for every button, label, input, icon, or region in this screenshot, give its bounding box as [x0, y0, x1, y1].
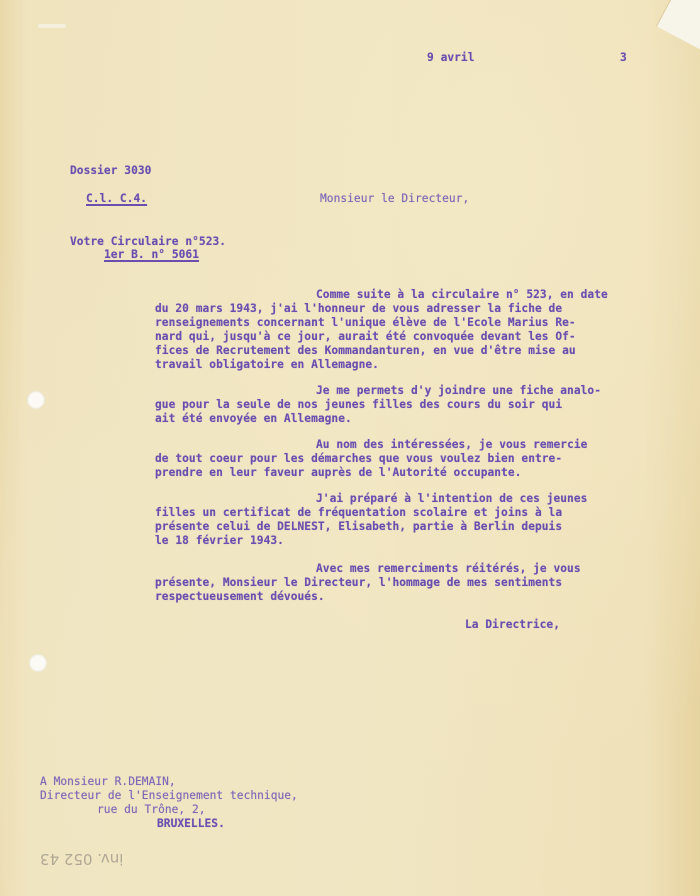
- body-line: respectueusement dévoués.: [155, 590, 325, 604]
- body-line: prendre en leur faveur auprès de l'Autor…: [155, 466, 521, 480]
- punch-hole-lower: [29, 654, 47, 672]
- letter-date: 9 avril: [427, 51, 475, 65]
- body-line: travail obligatoire en Allemagne.: [155, 358, 379, 372]
- body-line: filles un certificat de fréquentation sc…: [155, 506, 562, 520]
- body-line: gue pour la seule de nos jeunes filles d…: [155, 398, 562, 412]
- body-line: nard qui, jusqu'à ce jour, aurait été co…: [155, 330, 576, 344]
- body-line: Au nom des intéressées, je vous remercie: [316, 438, 587, 452]
- body-line: présente celui de DELNEST, Elisabeth, pa…: [155, 520, 562, 534]
- salutation: Monsieur le Directeur,: [320, 192, 469, 206]
- body-line: ait été envoyée en Allemagne.: [155, 412, 352, 426]
- recipient-city: BRUXELLES.: [157, 817, 225, 831]
- body-line: Je me permets d'y joindre une fiche anal…: [316, 384, 601, 398]
- recipient-title: Directeur de l'Enseignement technique,: [40, 789, 298, 803]
- paper-corner-fold: [656, 0, 700, 51]
- circular-reference: Votre Circulaire n°523.: [70, 235, 226, 249]
- signature-title: La Directrice,: [465, 618, 560, 632]
- classification-code: C.l. C.4.: [86, 192, 147, 206]
- body-line: présente, Monsieur le Directeur, l'homma…: [155, 576, 562, 590]
- body-line: Avec mes remerciments réitérés, je vous: [316, 562, 581, 576]
- body-line: renseignements concernant l'unique élève…: [155, 316, 576, 330]
- dossier-reference: Dossier 3030: [70, 164, 151, 178]
- body-line: du 20 mars 1943, j'ai l'honneur de vous …: [155, 302, 562, 316]
- body-line: J'ai préparé à l'intention de ces jeunes: [316, 492, 587, 506]
- page-number: 3: [620, 51, 627, 65]
- letter-page: 9 avril 3 Dossier 3030 C.l. C.4. Votre C…: [0, 0, 700, 896]
- paper-mark: [38, 24, 66, 28]
- bureau-reference: 1er B. n° 5061: [104, 248, 199, 262]
- punch-hole-upper: [27, 391, 45, 409]
- archive-inventory-note: inv. 052 43: [40, 850, 123, 868]
- body-line: fices de Recrutement des Kommandanturen,…: [155, 344, 576, 358]
- body-line: le 18 février 1943.: [155, 534, 284, 548]
- recipient-name: A Monsieur R.DEMAIN,: [40, 775, 176, 789]
- recipient-street: rue du Trône, 2,: [97, 803, 206, 817]
- body-line: Comme suite à la circulaire n° 523, en d…: [316, 288, 608, 302]
- body-line: de tout coeur pour les démarches que vou…: [155, 452, 562, 466]
